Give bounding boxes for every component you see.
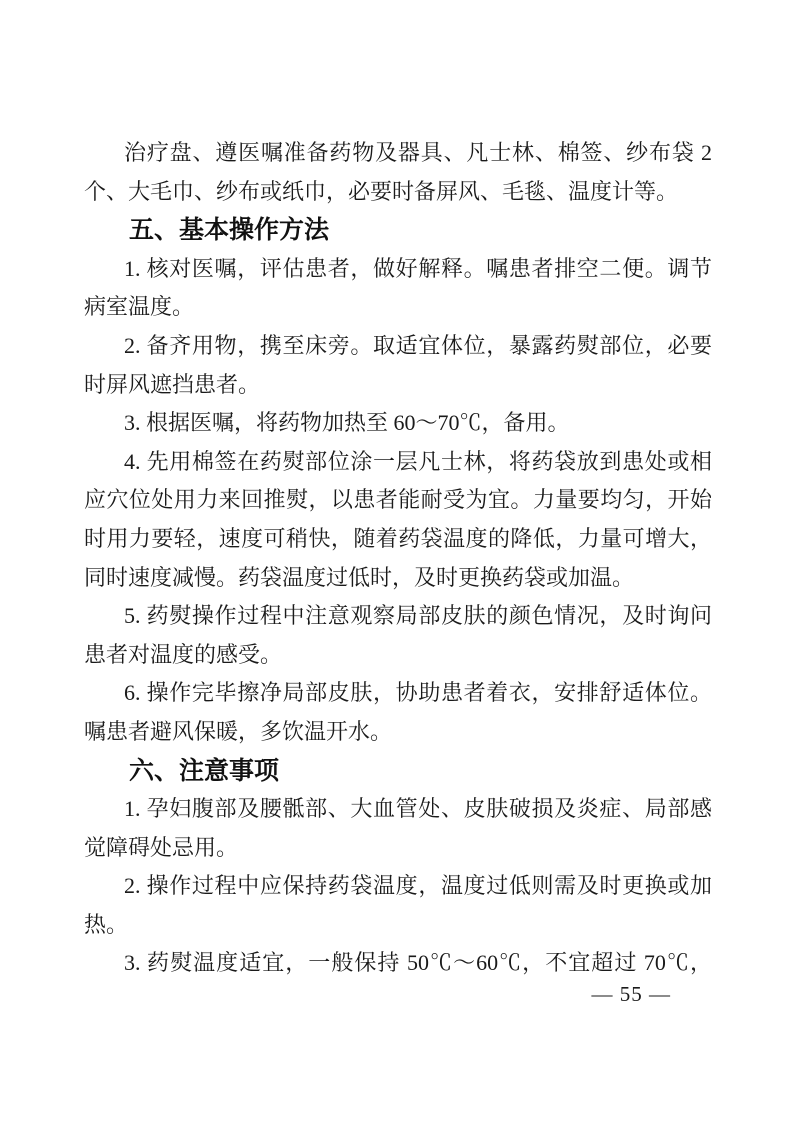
text-line: 1. 核对医嘱，评估患者，做好解释。嘱患者排空二便。调节	[84, 250, 712, 289]
text-line: 患者对温度的感受。	[84, 636, 712, 675]
text-line: 3. 根据医嘱，将药物加热至 60～70℃，备用。	[84, 404, 712, 443]
text-line: 5. 药熨操作过程中注意观察局部皮肤的颜色情况，及时询问	[84, 597, 712, 636]
text-line: 6. 操作完毕擦净局部皮肤，协助患者着衣，安排舒适体位。	[84, 674, 712, 713]
text-line: 觉障碍处忌用。	[84, 829, 712, 868]
text-line: 嘱患者避风保暖，多饮温开水。	[84, 713, 712, 752]
text-line: 2. 操作过程中应保持药袋温度，温度过低则需及时更换或加	[84, 867, 712, 906]
text-line: 应穴位处用力来回推熨，以患者能耐受为宜。力量要均匀，开始	[84, 481, 712, 520]
text-line: 治疗盘、遵医嘱准备药物及器具、凡士林、棉签、纱布袋 2	[84, 134, 712, 173]
text-line: 热。	[84, 906, 712, 945]
text-line: 1. 孕妇腹部及腰骶部、大血管处、皮肤破损及炎症、局部感	[84, 790, 712, 829]
text-line: 2. 备齐用物，携至床旁。取适宜体位，暴露药熨部位，必要	[84, 327, 712, 366]
text-line: 同时速度减慢。药袋温度过低时，及时更换药袋或加温。	[84, 559, 712, 598]
text-line: 4. 先用棉签在药熨部位涂一层凡士林，将药袋放到患处或相	[84, 443, 712, 482]
heading-precautions: 六、注意事项	[84, 752, 712, 791]
text-line: 病室温度。	[84, 288, 712, 327]
text-line: 个、大毛巾、纱布或纸巾，必要时备屏风、毛毯、温度计等。	[84, 173, 712, 212]
document-body: 治疗盘、遵医嘱准备药物及器具、凡士林、棉签、纱布袋 2 个、大毛巾、纱布或纸巾，…	[84, 134, 712, 983]
page-number: — 55 —	[592, 982, 672, 1007]
text-line: 时用力要轻，速度可稍快，随着药袋温度的降低，力量可增大，	[84, 520, 712, 559]
heading-basic-operation-method: 五、基本操作方法	[84, 211, 712, 250]
text-line: 时屏风遮挡患者。	[84, 366, 712, 405]
document-page: 治疗盘、遵医嘱准备药物及器具、凡士林、棉签、纱布袋 2 个、大毛巾、纱布或纸巾，…	[0, 0, 793, 1122]
text-line: 3. 药熨温度适宜，一般保持 50℃～60℃，不宜超过 70℃，	[84, 944, 712, 983]
